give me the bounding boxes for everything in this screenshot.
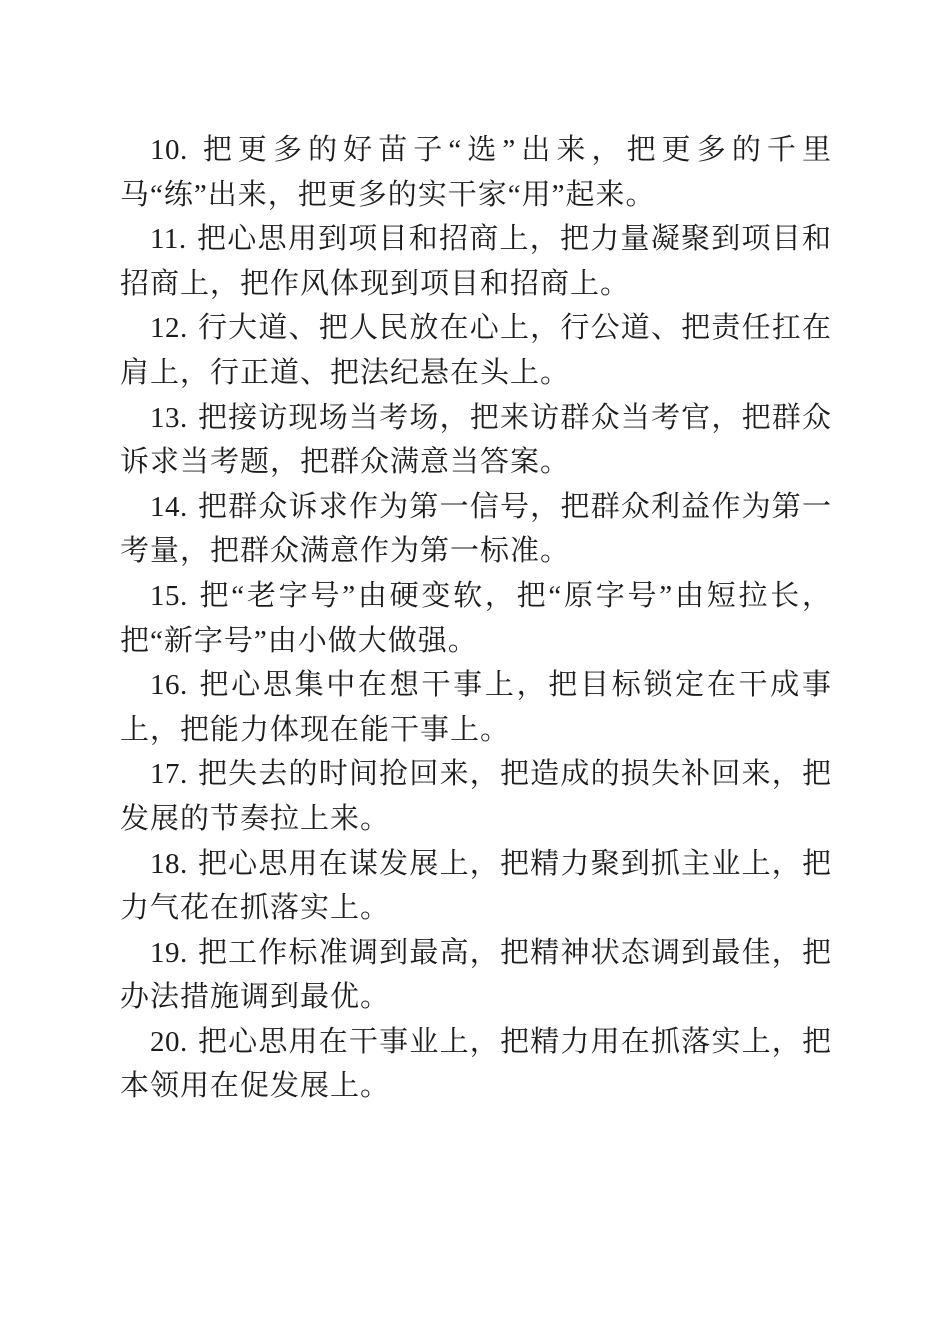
- item-number: 11.: [150, 223, 187, 255]
- item-number: 16.: [150, 669, 188, 701]
- list-item-13: 13.把接访现场当考场，把来访群众当考官，把群众诉求当考题，把群众满意当答案。: [120, 396, 832, 485]
- item-text: 把心思用在干事业上，把精力用在抓落实上，把本领用在促发展上。: [120, 1026, 832, 1103]
- item-number: 18.: [150, 848, 188, 880]
- item-number: 19.: [150, 937, 188, 969]
- list-item-17: 17.把失去的时间抢回来，把造成的损失补回来，把发展的节奏拉上来。: [120, 752, 832, 841]
- item-number: 12.: [150, 312, 188, 344]
- document-page: 10.把更多的好苗子“选”出来，把更多的千里马“练”出来，把更多的实干家“用”起…: [0, 0, 950, 1344]
- item-text: 把失去的时间抢回来，把造成的损失补回来，把发展的节奏拉上来。: [120, 758, 832, 835]
- item-text: 把心思用到项目和招商上，把力量凝聚到项目和招商上，把作风体现到项目和招商上。: [120, 223, 832, 300]
- item-number: 20.: [150, 1026, 188, 1058]
- item-number: 14.: [150, 491, 188, 523]
- item-number: 10.: [150, 134, 188, 166]
- list-item-20: 20.把心思用在干事业上，把精力用在抓落实上，把本领用在促发展上。: [120, 1020, 832, 1109]
- item-text: 把接访现场当考场，把来访群众当考官，把群众诉求当考题，把群众满意当答案。: [120, 402, 832, 479]
- item-number: 15.: [150, 580, 188, 612]
- item-text: 行大道、把人民放在心上，行公道、把责任扛在肩上，行正道、把法纪悬在头上。: [120, 312, 832, 389]
- list-item-18: 18.把心思用在谋发展上，把精力聚到抓主业上，把力气花在抓落实上。: [120, 842, 832, 931]
- list-item-10: 10.把更多的好苗子“选”出来，把更多的千里马“练”出来，把更多的实干家“用”起…: [120, 128, 832, 217]
- item-text: 把“老字号”由硬变软，把“原字号”由短拉长，把“新字号”由小做大做强。: [120, 580, 832, 657]
- list-item-11: 11.把心思用到项目和招商上，把力量凝聚到项目和招商上，把作风体现到项目和招商上…: [120, 217, 832, 306]
- item-text: 把群众诉求作为第一信号，把群众利益作为第一考量，把群众满意作为第一标准。: [120, 491, 832, 568]
- item-text: 把心思用在谋发展上，把精力聚到抓主业上，把力气花在抓落实上。: [120, 848, 832, 925]
- list-item-19: 19.把工作标准调到最高，把精神状态调到最佳，把办法措施调到最优。: [120, 931, 832, 1020]
- list-item-15: 15.把“老字号”由硬变软，把“原字号”由短拉长，把“新字号”由小做大做强。: [120, 574, 832, 663]
- list-item-12: 12.行大道、把人民放在心上，行公道、把责任扛在肩上，行正道、把法纪悬在头上。: [120, 306, 832, 395]
- item-number: 13.: [150, 402, 188, 434]
- document-content: 10.把更多的好苗子“选”出来，把更多的千里马“练”出来，把更多的实干家“用”起…: [120, 128, 832, 1109]
- item-text: 把工作标准调到最高，把精神状态调到最佳，把办法措施调到最优。: [120, 937, 832, 1014]
- item-text: 把心思集中在想干事上，把目标锁定在干成事上，把能力体现在能干事上。: [120, 669, 832, 746]
- list-item-14: 14.把群众诉求作为第一信号，把群众利益作为第一考量，把群众满意作为第一标准。: [120, 485, 832, 574]
- item-text: 把更多的好苗子“选”出来，把更多的千里马“练”出来，把更多的实干家“用”起来。: [120, 134, 832, 211]
- list-item-16: 16.把心思集中在想干事上，把目标锁定在干成事上，把能力体现在能干事上。: [120, 663, 832, 752]
- item-number: 17.: [150, 758, 188, 790]
